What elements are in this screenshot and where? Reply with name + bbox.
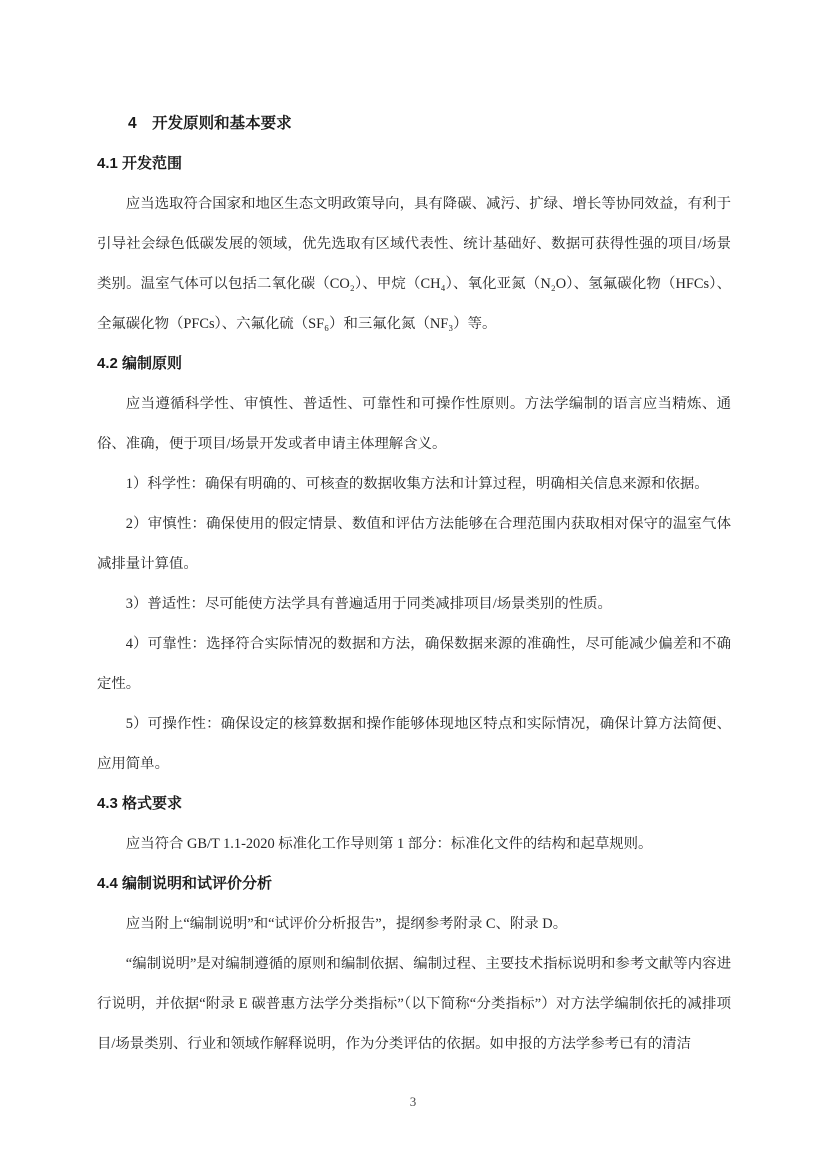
- list-item-scientific: 1）科学性：确保有明确的、可核查的数据收集方法和计算过程，明确相关信息来源和依据…: [97, 464, 731, 504]
- subsection-heading-4-3: 4.3 格式要求: [97, 784, 731, 824]
- paragraph-attachments: 应当附上“编制说明”和“试评价分析报告”，提纲参考附录 C、附录 D。: [97, 904, 731, 944]
- list-item-reliability: 4）可靠性：选择符合实际情况的数据和方法，确保数据来源的准确性，尽可能减少偏差和…: [97, 624, 731, 704]
- paragraph-development-scope: 应当选取符合国家和地区生态文明政策导向，具有降碳、减污、扩绿、增长等协同效益，有…: [97, 184, 731, 344]
- paragraph-format-requirements: 应当符合 GB/T 1.1-2020 标准化工作导则第 1 部分：标准化文件的结…: [97, 824, 731, 864]
- chapter-heading: 4 开发原则和基本要求: [97, 104, 731, 144]
- list-item-universality: 3）普适性：尽可能使方法学具有普遍适用于同类减排项目/场景类别的性质。: [97, 584, 731, 624]
- subsection-heading-4-4: 4.4 编制说明和试评价分析: [97, 864, 731, 904]
- subsection-heading-4-2: 4.2 编制原则: [97, 344, 731, 384]
- subsection-heading-4-1: 4.1 开发范围: [97, 144, 731, 184]
- list-item-operability: 5）可操作性：确保设定的核算数据和操作能够体现地区特点和实际情况，确保计算方法简…: [97, 704, 731, 784]
- page-number: 3: [0, 1092, 826, 1112]
- paragraph-compilation-principles: 应当遵循科学性、审慎性、普适性、可靠性和可操作性原则。方法学编制的语言应当精炼、…: [97, 384, 731, 464]
- document-page: 4 开发原则和基本要求 4.1 开发范围 应当选取符合国家和地区生态文明政策导向…: [0, 0, 826, 1169]
- paragraph-compilation-notes: “编制说明”是对编制遵循的原则和编制依据、编制过程、主要技术指标说明和参考文献等…: [97, 944, 731, 1064]
- list-item-prudence: 2）审慎性：确保使用的假定情景、数值和评估方法能够在合理范围内获取相对保守的温室…: [97, 504, 731, 584]
- document-content: 4 开发原则和基本要求 4.1 开发范围 应当选取符合国家和地区生态文明政策导向…: [97, 104, 731, 1064]
